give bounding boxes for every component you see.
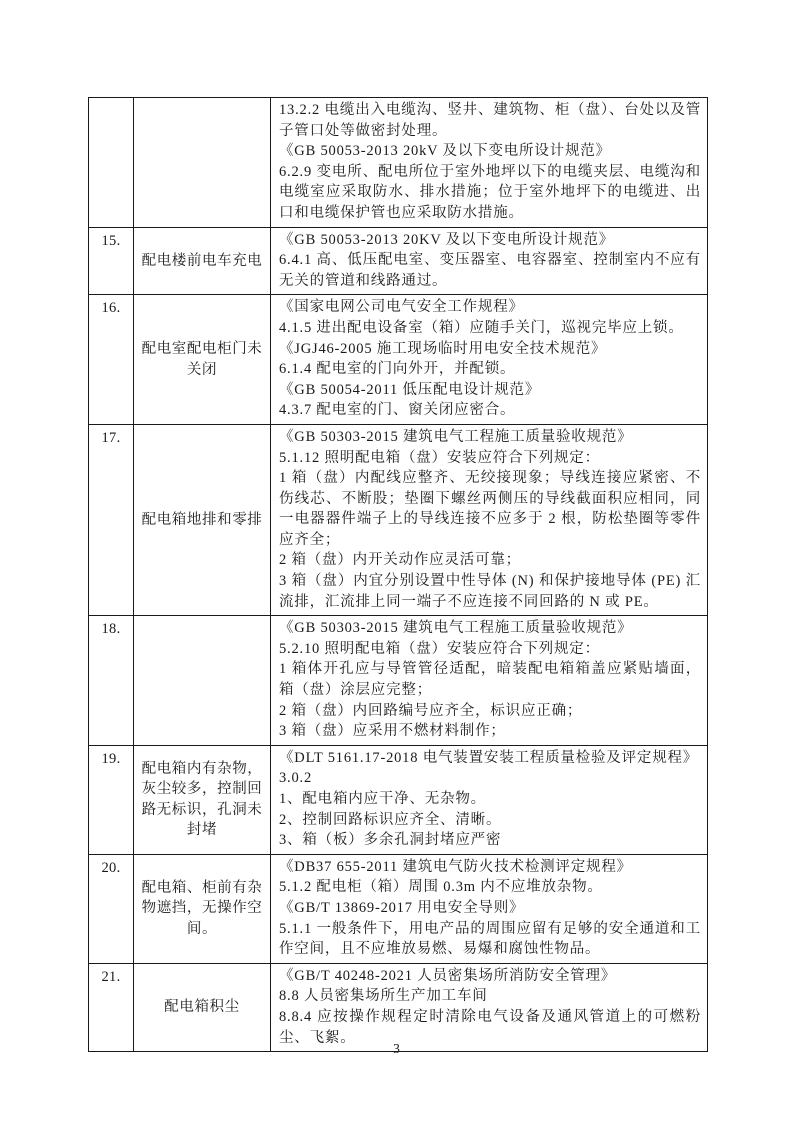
issue-name-cell (134, 98, 271, 228)
regulation-text: 2 箱（盘）内回路编号应齐全，标识应正确； (279, 701, 701, 722)
regulation-text: 2 箱（盘）内开关动作应灵活可靠； (279, 550, 701, 571)
regulation-text: 1、配电箱内应干净、无杂物。 (279, 789, 701, 810)
table-row: 20. 配电箱、柜前有杂物遮挡，无操作空间。 《DB37 655-2011 建筑… (89, 854, 708, 963)
regulation-content-cell: 《GB 50053-2013 20KV 及以下变电所设计规范》 6.4.1 高、… (271, 227, 708, 295)
table-row: 18. 《GB 50303-2015 建筑电气工程施工质量验收规范》 5.2.1… (89, 616, 708, 746)
issue-name-cell: 配电箱内有杂物，灰尘较多，控制回路无标识，孔洞未封堵 (134, 745, 271, 854)
issue-name-cell: 配电室配电柜门未关闭 (134, 295, 271, 425)
regulation-text: 3 箱（盘）应采用不燃材料制作； (279, 721, 701, 742)
regulation-text: 《DLT 5161.17-2018 电气装置安装工程质量检验及评定规程》 (279, 748, 701, 769)
regulation-content-cell: 《GB/T 40248-2021 人员密集场所消防安全管理》 8.8 人员密集场… (271, 963, 708, 1051)
regulation-text: 《GB 50053-2013 20KV 及以下变电所设计规范》 (279, 230, 701, 251)
regulation-text: 《国家电网公司电气安全工作规程》 (279, 297, 701, 318)
table-row: 17. 配电箱地排和零排 《GB 50303-2015 建筑电气工程施工质量验收… (89, 424, 708, 615)
regulation-text: 5.1.12 照明配电箱（盘）安装应符合下列规定： (279, 448, 701, 469)
page-number: 3 (0, 1041, 793, 1057)
row-number-cell (89, 98, 134, 228)
regulation-text: 4.3.7 配电室的门、窗关闭应密合。 (279, 400, 701, 421)
row-number-cell: 15. (89, 227, 134, 295)
regulation-text: 6.2.9 变电所、配电所位于室外地坪以下的电缆夹层、电缆沟和电缆室应采取防水、… (279, 162, 701, 224)
regulation-text: 《GB/T 40248-2021 人员密集场所消防安全管理》 (279, 966, 701, 987)
regulation-text: 5.1.1 一般条件下，用电产品的周围应留有足够的安全通道和工作空间，且不应堆放… (279, 919, 701, 960)
regulation-content-cell: 《DB37 655-2011 建筑电气防火技术检测评定规程》 5.1.2 配电柜… (271, 854, 708, 963)
regulation-text: 《GB/T 13869-2017 用电安全导则》 (279, 898, 701, 919)
regulation-text: 6.4.1 高、低压配电室、变压器室、电容器室、控制室内不应有无关的管道和线路通… (279, 250, 701, 291)
regulation-content-cell: 《国家电网公司电气安全工作规程》 4.1.5 进出配电设备室（箱）应随手关门，巡… (271, 295, 708, 425)
regulation-text: 8.8 人员密集场所生产加工车间 (279, 986, 701, 1007)
table-row: 19. 配电箱内有杂物，灰尘较多，控制回路无标识，孔洞未封堵 《DLT 5161… (89, 745, 708, 854)
regulation-text: 5.1.2 配电柜（箱）周围 0.3m 内不应堆放杂物。 (279, 877, 701, 898)
issue-name-cell: 配电箱地排和零排 (134, 424, 271, 615)
regulation-text: 5.2.10 照明配电箱（盘）安装应符合下列规定： (279, 639, 701, 660)
regulation-text: 6.1.4 配电室的门向外开，并配锁。 (279, 359, 701, 380)
table-row: 21. 配电箱积尘 《GB/T 40248-2021 人员密集场所消防安全管理》… (89, 963, 708, 1051)
regulation-text: 《GB 50303-2015 建筑电气工程施工质量验收规范》 (279, 618, 701, 639)
row-number-cell: 16. (89, 295, 134, 425)
regulation-text: 4.1.5 进出配电设备室（箱）应随手关门，巡视完毕应上锁。 (279, 318, 701, 339)
regulation-text: 2、控制回路标识应齐全、清晰。 (279, 810, 701, 831)
table-row: 15. 配电楼前电车充电 《GB 50053-2013 20KV 及以下变电所设… (89, 227, 708, 295)
regulation-text: 1 箱（盘）内配线应整齐、无绞接现象；导线连接应紧密、不伤线芯、不断股；垫圈下螺… (279, 468, 701, 550)
regulation-text: 3 箱（盘）内宜分别设置中性导体 (N) 和保护接地导体 (PE) 汇流排，汇流… (279, 571, 701, 612)
document-page: 13.2.2 电缆出入电缆沟、竖井、建筑物、柜（盘）、台处以及管子管口处等做密封… (0, 0, 793, 1122)
regulations-table: 13.2.2 电缆出入电缆沟、竖井、建筑物、柜（盘）、台处以及管子管口处等做密封… (88, 97, 708, 1052)
row-number-cell: 17. (89, 424, 134, 615)
row-number-cell: 20. (89, 854, 134, 963)
regulation-text: 13.2.2 电缆出入电缆沟、竖井、建筑物、柜（盘）、台处以及管子管口处等做密封… (279, 100, 701, 141)
regulation-content-cell: 《GB 50303-2015 建筑电气工程施工质量验收规范》 5.2.10 照明… (271, 616, 708, 746)
regulation-content-cell: 《GB 50303-2015 建筑电气工程施工质量验收规范》 5.1.12 照明… (271, 424, 708, 615)
regulation-content-cell: 《DLT 5161.17-2018 电气装置安装工程质量检验及评定规程》 3.0… (271, 745, 708, 854)
table-row: 13.2.2 电缆出入电缆沟、竖井、建筑物、柜（盘）、台处以及管子管口处等做密封… (89, 98, 708, 228)
regulation-text: 3、箱（板）多余孔洞封堵应严密 (279, 830, 701, 851)
regulation-text: 《DB37 655-2011 建筑电气防火技术检测评定规程》 (279, 857, 701, 878)
issue-name-cell: 配电箱、柜前有杂物遮挡，无操作空间。 (134, 854, 271, 963)
row-number-cell: 19. (89, 745, 134, 854)
regulation-text: 《GB 50053-2013 20kV 及以下变电所设计规范》 (279, 141, 701, 162)
regulation-text: 3.0.2 (279, 768, 701, 789)
issue-name-cell (134, 616, 271, 746)
regulation-text: 《GB 50054-2011 低压配电设计规范》 (279, 380, 701, 401)
row-number-cell: 21. (89, 963, 134, 1051)
regulation-text: 1 箱体开孔应与导管管径适配，暗装配电箱箱盖应紧贴墙面，箱（盘）涂层应完整； (279, 659, 701, 700)
row-number-cell: 18. (89, 616, 134, 746)
regulation-content-cell: 13.2.2 电缆出入电缆沟、竖井、建筑物、柜（盘）、台处以及管子管口处等做密封… (271, 98, 708, 228)
regulation-text: 《GB 50303-2015 建筑电气工程施工质量验收规范》 (279, 427, 701, 448)
issue-name-cell: 配电箱积尘 (134, 963, 271, 1051)
table-row: 16. 配电室配电柜门未关闭 《国家电网公司电气安全工作规程》 4.1.5 进出… (89, 295, 708, 425)
issue-name-cell: 配电楼前电车充电 (134, 227, 271, 295)
regulation-text: 《JGJ46-2005 施工现场临时用电安全技术规范》 (279, 339, 701, 360)
